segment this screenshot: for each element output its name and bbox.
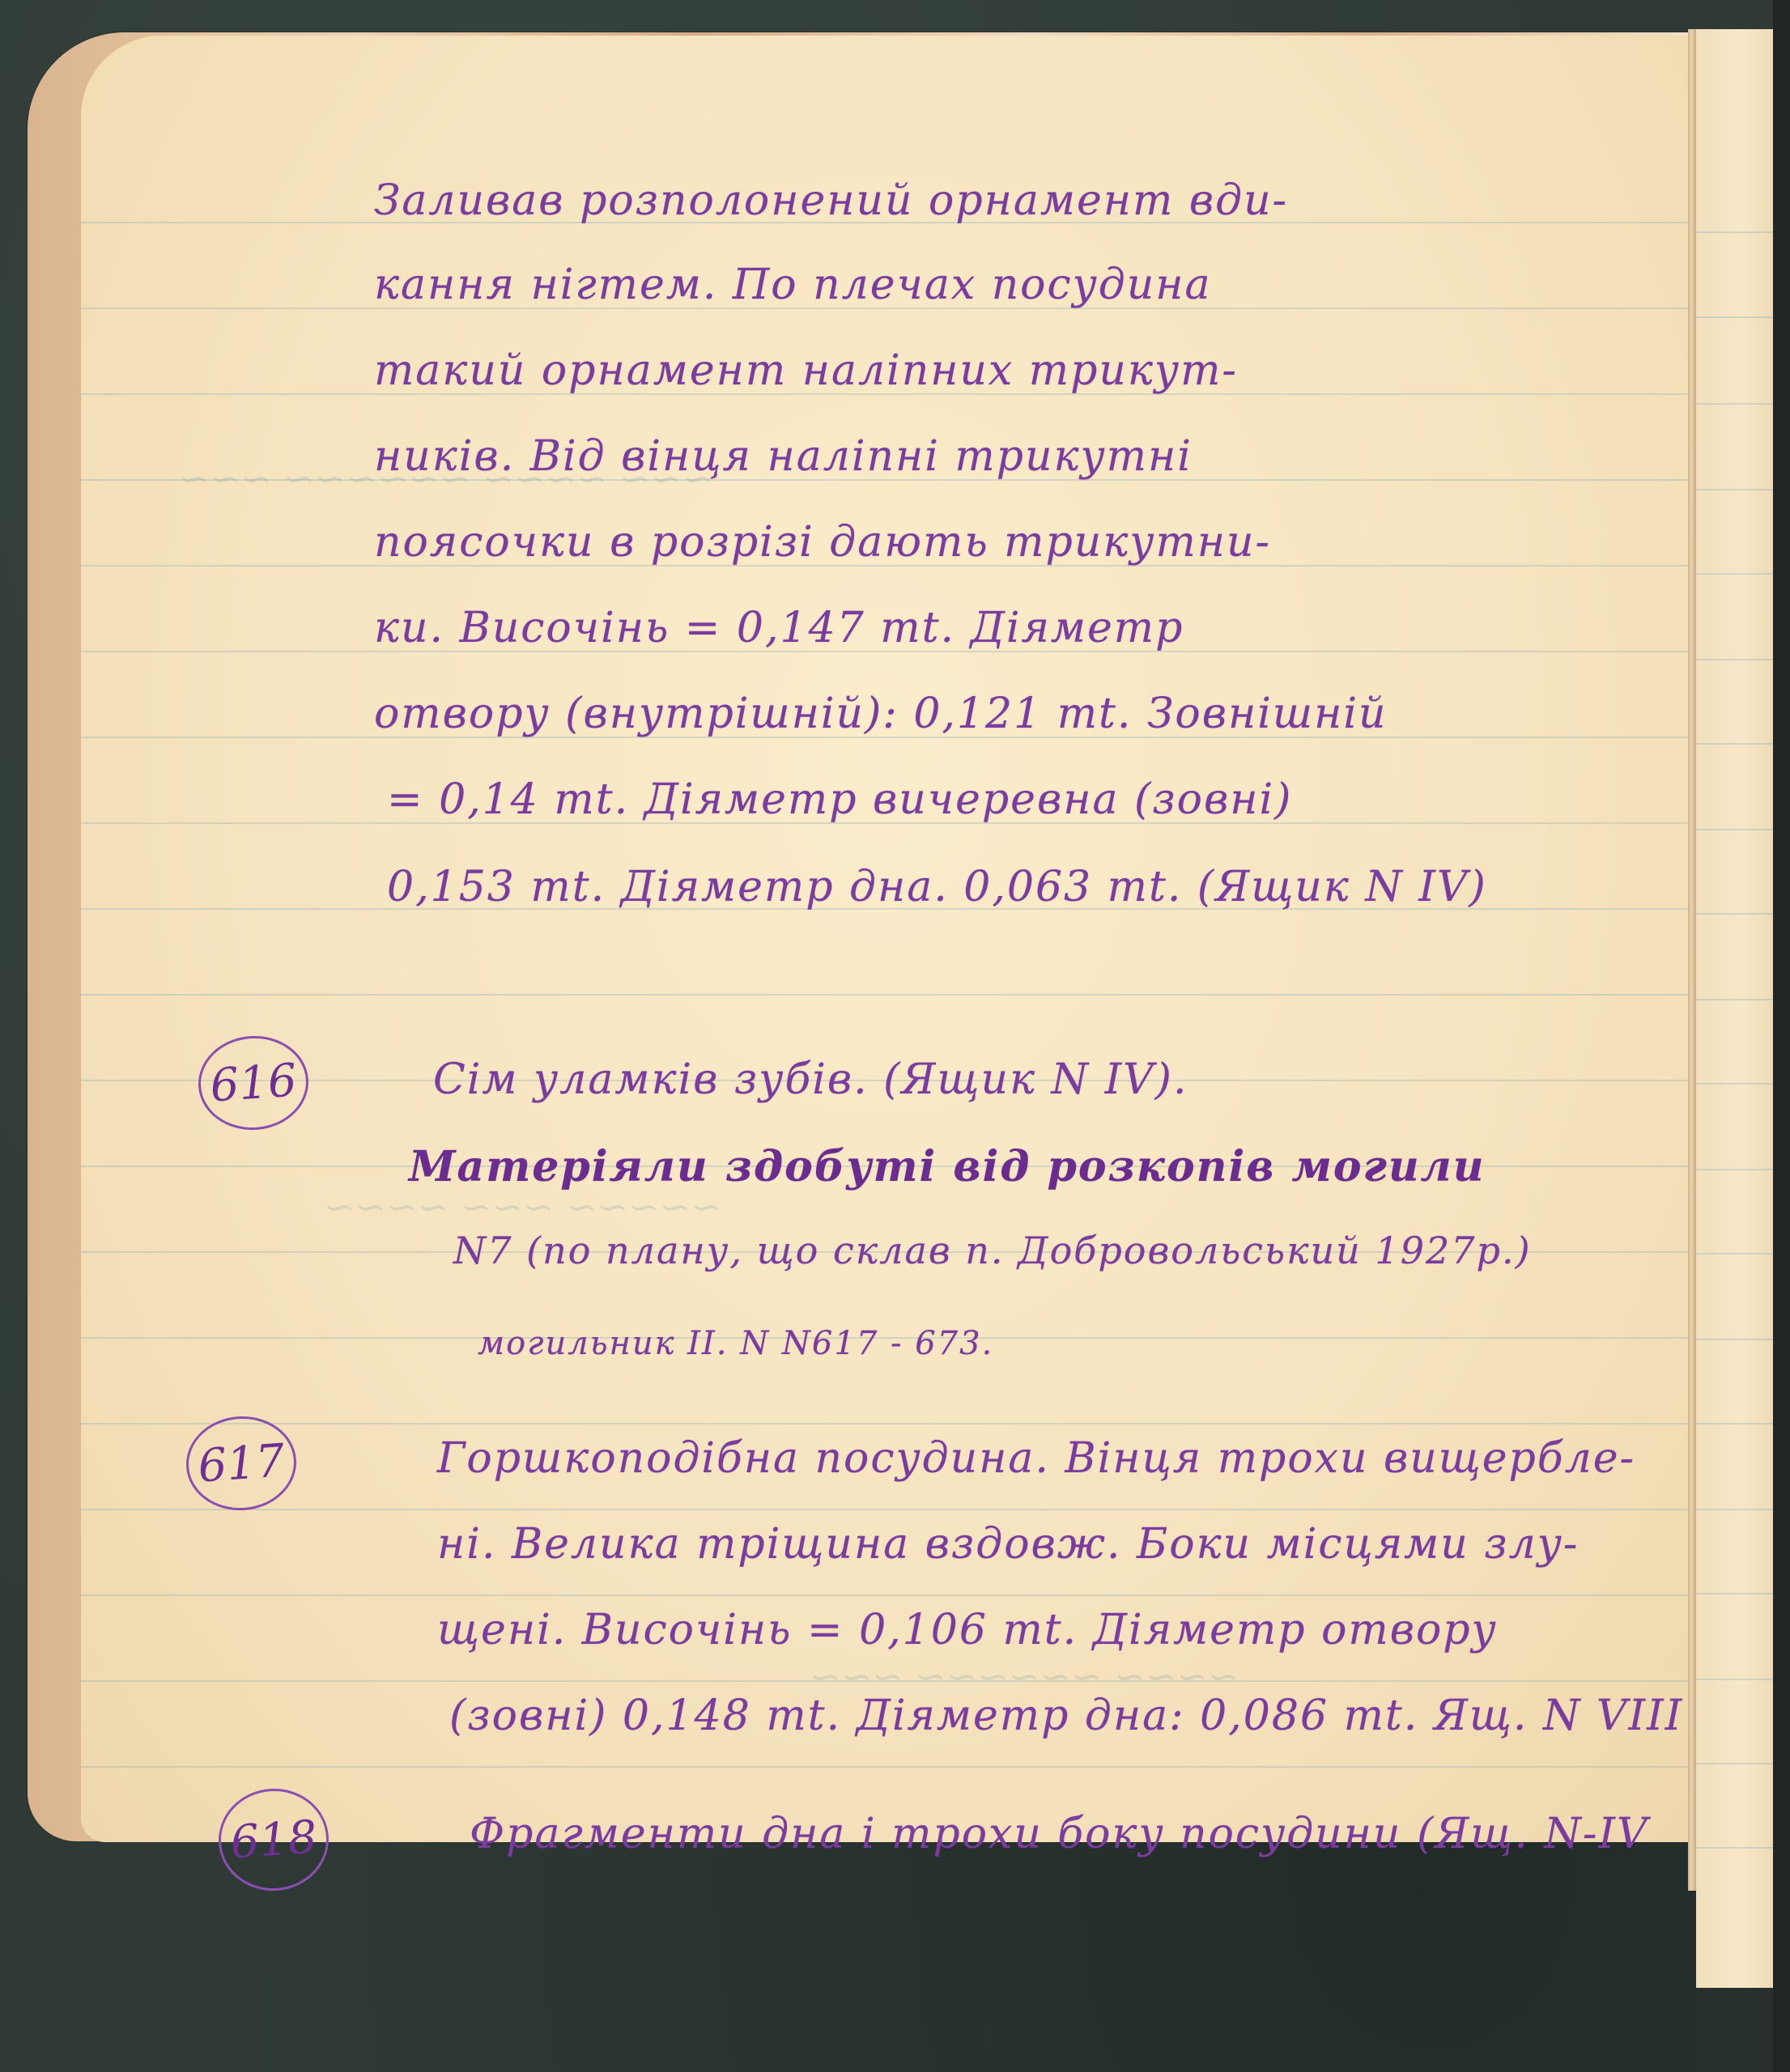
text-line: ників. Від вінця наліпні трикутні: [374, 435, 1193, 478]
binding-edge: [1773, 0, 1790, 2072]
text-line: отвору (внутрішній): 0,121 mt. Зовнішній: [374, 693, 1387, 735]
entry-text: Горшкоподібна посудина. Вінця трохи вище…: [437, 1437, 1635, 1480]
entry-text: Фрагменти дна і трохи боку посудини (Ящ.…: [470, 1813, 1649, 1855]
text-line: 0,153 mt. Діяметр дна. 0,063 mt. (Ящик N…: [387, 866, 1487, 908]
text-line: кання нігтем. По плечах посудина: [374, 264, 1211, 306]
text-line: = 0,14 mt. Діяметр вичеревна (зовні): [387, 779, 1292, 821]
cover-shadow: [1696, 1988, 1773, 2072]
section-note: могильник II. N N617 - 673.: [478, 1327, 993, 1360]
notebook-gutter: [1688, 29, 1696, 1891]
entry-text: щені. Височінь = 0,106 mt. Діяметр отвор…: [437, 1609, 1498, 1651]
text-line: такий орнамент наліпних трикут-: [374, 350, 1238, 392]
entry-text: Сім уламків зубів. (Ящик N IV).: [433, 1059, 1188, 1101]
ruled-line: [81, 1766, 1688, 1768]
show-through-text: ~~~~~ ~~~ ~~~~: [324, 1185, 722, 1229]
text-line: поясочки в розрізі дають трикутни-: [374, 521, 1271, 563]
entry-text: ні. Велика тріщина вздовж. Боки місцями …: [437, 1523, 1580, 1565]
entry-text: (зовні) 0,148 mt. Діяметр дна: 0,086 mt.…: [449, 1695, 1683, 1737]
ruled-line: [81, 1594, 1688, 1596]
text-line: ки. Височінь = 0,147 mt. Діяметр: [374, 607, 1184, 649]
ruled-line: [81, 1509, 1688, 1510]
text-line: Заливав розполонений орнамент вди-: [374, 180, 1288, 222]
adjacent-page-strip: [1696, 29, 1773, 1988]
section-note: N7 (по плану, що склав п. Добровольський…: [453, 1232, 1532, 1269]
section-note: Матеріяли здобуті від розкопів могили: [409, 1146, 1486, 1188]
ruled-line: [81, 1423, 1688, 1424]
ruled-line: [81, 994, 1688, 996]
